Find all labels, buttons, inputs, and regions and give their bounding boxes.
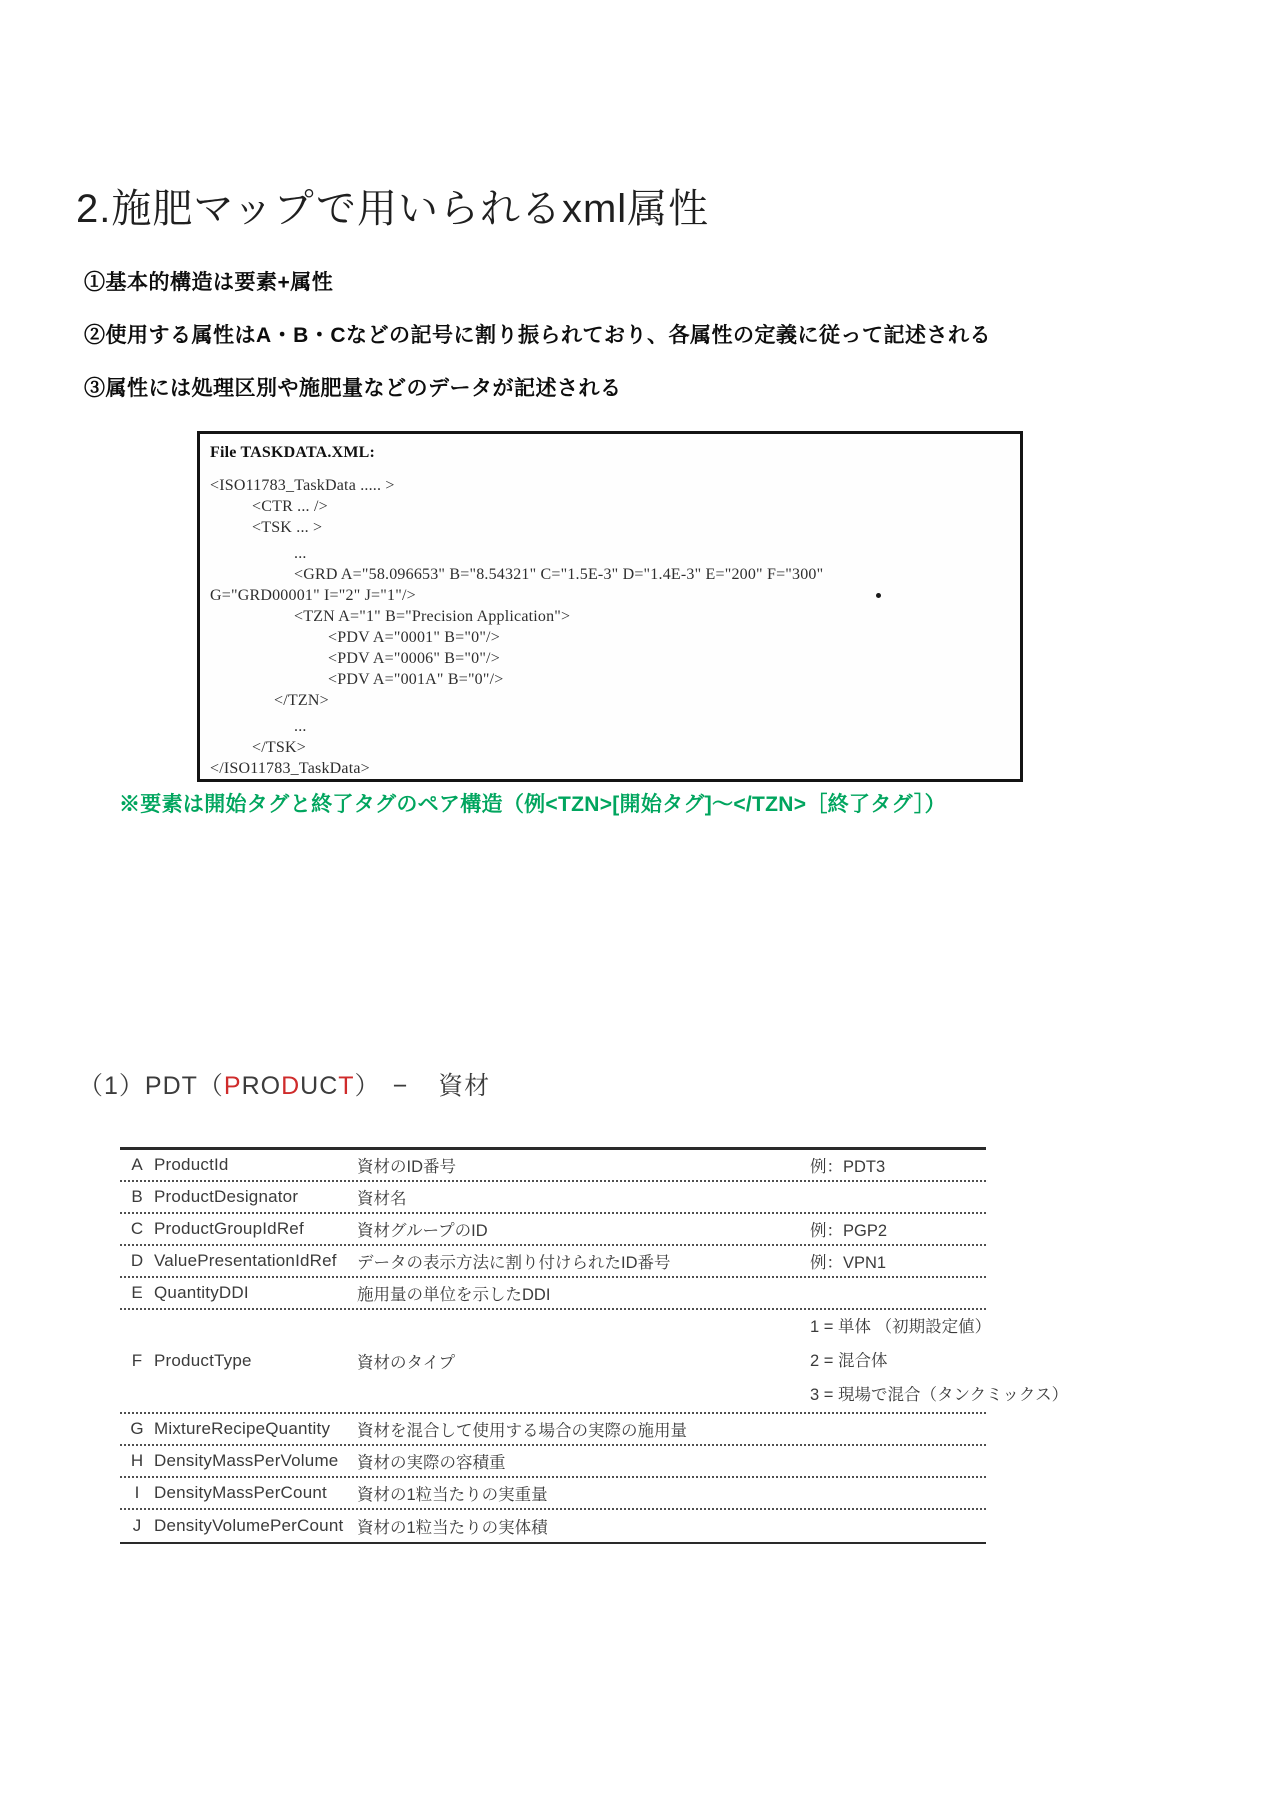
- scan-dot-artifact: [876, 593, 881, 598]
- attr-letter: D: [120, 1251, 154, 1271]
- code-line: <GRD A="58.096653" B="8.54321" C="1.5E-3…: [210, 564, 1008, 585]
- section-heading-pdt: （1）PDT（PRODUCT）−資材: [78, 1066, 490, 1102]
- code-line: ...: [210, 716, 1008, 737]
- code-line: </TSK>: [210, 737, 1008, 758]
- code-line: </ISO11783_TaskData>: [210, 758, 1008, 779]
- attr-name: ProductGroupIdRef: [154, 1219, 357, 1239]
- section-letters-uc: UC: [300, 1072, 338, 1100]
- table-row: B ProductDesignator 資材名: [120, 1182, 986, 1214]
- pdt-attribute-table: A ProductId 資材のID番号 例：PDT3 B ProductDesi…: [120, 1147, 986, 1544]
- attr-value: 例：PDT3: [810, 1153, 986, 1177]
- point-attribute-data: ③属性には処理区別や施肥量などのデータが記述される: [84, 372, 622, 402]
- page-title: 2.施肥マップで用いられるxml属性: [76, 177, 709, 234]
- attr-letter: I: [120, 1483, 154, 1503]
- attr-desc: 資材のタイプ: [357, 1349, 810, 1373]
- attr-value-list: 1 = 単体 （初期設定値） 2 = 混合体 3 = 現場で混合（タンクミックス…: [810, 1310, 1068, 1412]
- code-line: <TSK ... >: [210, 517, 1008, 538]
- point-basic-structure: ①基本的構造は要素+属性: [84, 266, 333, 296]
- code-line: <TZN A="1" B="Precision Application">: [210, 606, 1008, 627]
- table-row: I DensityMassPerCount 資材の1粒当たりの実重量: [120, 1478, 986, 1510]
- section-letter-p: P: [224, 1072, 242, 1100]
- section-subject: 資材: [438, 1072, 490, 1100]
- code-line: <PDV A="0006" B="0"/>: [210, 648, 1008, 669]
- table-row: A ProductId 資材のID番号 例：PDT3: [120, 1150, 986, 1182]
- tag-pair-note: ※要素は開始タグと終了タグのペア構造（例<TZN>[開始タグ]～</TZN>［終…: [119, 788, 946, 818]
- attr-letter: G: [120, 1419, 154, 1439]
- code-line: <PDV A="0001" B="0"/>: [210, 627, 1008, 648]
- xml-sample-box: File TASKDATA.XML: <ISO11783_TaskData ..…: [197, 431, 1023, 782]
- table-row: H DensityMassPerVolume 資材の実際の容積重: [120, 1446, 986, 1478]
- code-line: </TZN>: [210, 690, 1008, 711]
- attr-letter: E: [120, 1283, 154, 1303]
- attr-letter: C: [120, 1219, 154, 1239]
- xml-file-label: File TASKDATA.XML:: [210, 444, 1008, 462]
- section-letter-t: T: [338, 1072, 354, 1100]
- section-letter-d: D: [281, 1072, 300, 1100]
- section-close-paren: ）: [355, 1072, 381, 1100]
- point-attribute-symbols: ②使用する属性はA・B・Cなどの記号に割り振られており、各属性の定義に従って記述…: [84, 319, 991, 349]
- attr-value: 例：PGP2: [810, 1217, 986, 1241]
- attr-letter: H: [120, 1451, 154, 1471]
- attr-desc: 資材名: [357, 1185, 810, 1209]
- attr-letter: A: [120, 1155, 154, 1175]
- attr-desc: 資材の1粒当たりの実体積: [357, 1514, 810, 1538]
- table-row: G MixtureRecipeQuantity 資材を混合して使用する場合の実際…: [120, 1414, 986, 1446]
- section-letters-ro: RO: [242, 1072, 282, 1100]
- attr-letter: B: [120, 1187, 154, 1207]
- attr-name: ProductDesignator: [154, 1187, 357, 1207]
- attr-name: QuantityDDI: [154, 1283, 357, 1303]
- attr-letter: F: [120, 1351, 154, 1371]
- document-page: { "page": { "title": "2.施肥マップで用いられるxml属性…: [0, 0, 1282, 1813]
- attr-desc: 資材の実際の容積重: [357, 1449, 810, 1473]
- attr-desc: 資材の1粒当たりの実重量: [357, 1481, 810, 1505]
- attr-name: DensityVolumePerCount: [154, 1516, 357, 1536]
- attr-value: 例：VPN1: [810, 1249, 986, 1273]
- attr-letter: J: [120, 1516, 154, 1536]
- attr-name: ProductType: [154, 1351, 357, 1371]
- code-line: <CTR ... />: [210, 496, 1008, 517]
- attr-desc: 施用量の単位を示したDDI: [357, 1281, 810, 1305]
- table-row: D ValuePresentationIdRef データの表示方法に割り付けられ…: [120, 1246, 986, 1278]
- code-line: <PDV A="001A" B="0"/>: [210, 669, 1008, 690]
- attr-name: ValuePresentationIdRef: [154, 1251, 357, 1271]
- code-line: ...: [210, 543, 1008, 564]
- attr-value-option: 3 = 現場で混合（タンクミックス）: [810, 1378, 1068, 1412]
- attr-name: DensityMassPerVolume: [154, 1451, 357, 1471]
- code-line: G="GRD00001" I="2" J="1"/>: [210, 585, 1008, 606]
- code-line: <ISO11783_TaskData ..... >: [210, 475, 1008, 496]
- attr-desc: 資材のID番号: [357, 1153, 810, 1177]
- section-prefix: （1）PDT（: [78, 1072, 224, 1100]
- attr-value-option: 1 = 単体 （初期設定値）: [810, 1310, 1068, 1344]
- attr-name: ProductId: [154, 1155, 357, 1175]
- attr-name: MixtureRecipeQuantity: [154, 1419, 357, 1439]
- table-row: C ProductGroupIdRef 資材グループのID 例：PGP2: [120, 1214, 986, 1246]
- table-row: E QuantityDDI 施用量の単位を示したDDI: [120, 1278, 986, 1310]
- attr-desc: データの表示方法に割り付けられたID番号: [357, 1249, 810, 1273]
- attr-desc: 資材を混合して使用する場合の実際の施用量: [357, 1417, 810, 1441]
- table-row: J DensityVolumePerCount 資材の1粒当たりの実体積: [120, 1510, 986, 1542]
- attr-desc: 資材グループのID: [357, 1217, 810, 1241]
- table-row-product-type: F ProductType 資材のタイプ 1 = 単体 （初期設定値） 2 = …: [120, 1310, 986, 1414]
- section-dash: −: [393, 1072, 409, 1100]
- attr-name: DensityMassPerCount: [154, 1483, 357, 1503]
- attr-value-option: 2 = 混合体: [810, 1344, 1068, 1378]
